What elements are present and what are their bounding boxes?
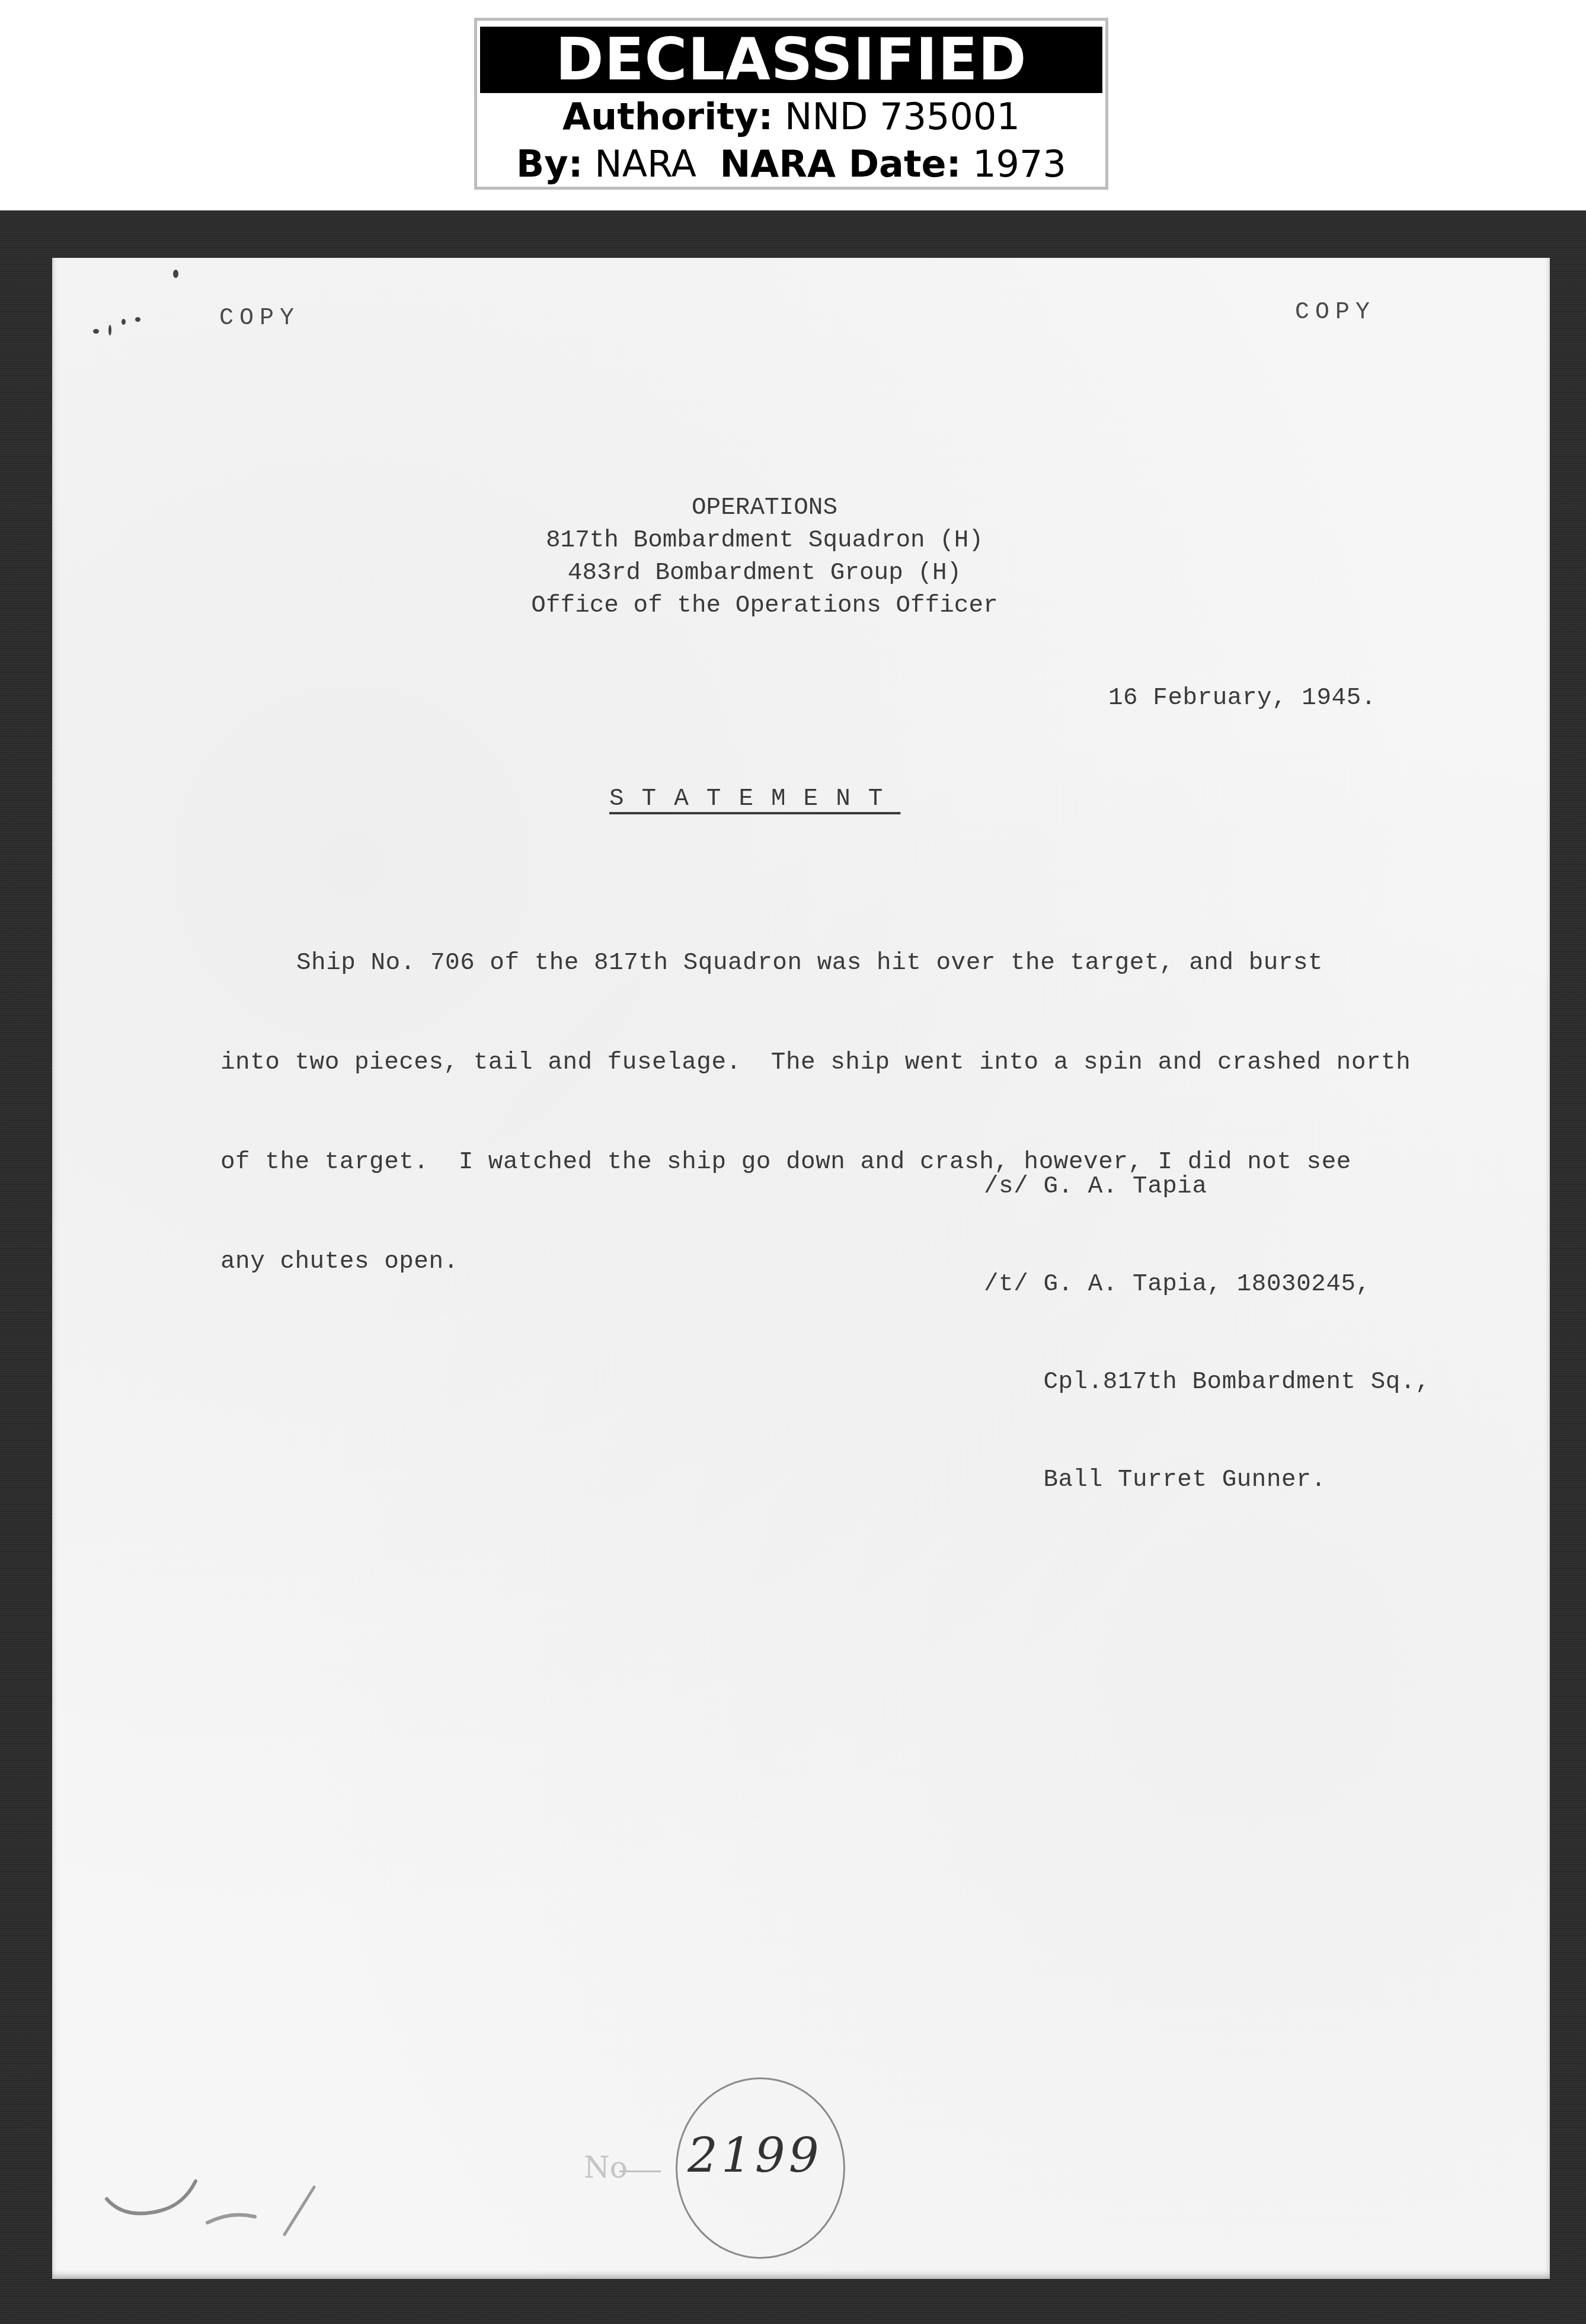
body-line: into two pieces, tail and fuselage. The … (220, 1046, 1411, 1079)
letterhead-line: Office of the Operations Officer (468, 590, 1061, 622)
ink-mark (121, 319, 126, 325)
letterhead-line: 483rd Bombardment Group (H) (468, 557, 1061, 590)
signature-line: /t/ G. A. Tapia, 18030245, (984, 1268, 1430, 1301)
nara-date-value: 1973 (973, 142, 1066, 186)
signature-block: /s/ G. A. Tapia /t/ G. A. Tapia, 1803024… (984, 1105, 1430, 1529)
signature-line: /s/ G. A. Tapia (984, 1171, 1430, 1203)
signature-line: Cpl.817th Bombardment Sq., (984, 1366, 1430, 1399)
by-label: By: (516, 142, 583, 186)
stamp-prefix: No (584, 2150, 628, 2185)
handwritten-file-number: 2199 (688, 2128, 823, 2183)
letterhead-line: 817th Bombardment Squadron (H) (468, 525, 1061, 557)
ink-mark (173, 270, 178, 278)
letterhead: OPERATIONS 817th Bombardment Squadron (H… (468, 492, 1061, 622)
letterhead-line: OPERATIONS (468, 492, 1061, 525)
body-line: Ship No. 706 of the 817th Squadron was h… (220, 947, 1411, 980)
authority-line: Authority: NND 735001 (477, 95, 1105, 138)
ink-mark (135, 317, 140, 322)
ink-mark (108, 325, 111, 335)
copy-label-right: COPY (1295, 299, 1376, 326)
authority-value: NND 735001 (785, 95, 1020, 138)
declassified-stamp: DECLASSIFIED Authority: NND 735001 By: N… (474, 18, 1108, 190)
signature-line: Ball Turret Gunner. (984, 1464, 1430, 1497)
handwritten-scribble (89, 2163, 338, 2252)
copy-label-left: COPY (219, 305, 300, 332)
nara-date-label: NARA Date: (720, 142, 961, 186)
declassified-title: DECLASSIFIED (480, 27, 1102, 93)
authority-label: Authority: (562, 95, 773, 138)
document-date: 16 February, 1945. (1108, 685, 1376, 712)
by-value: NARA (594, 142, 696, 186)
stamp-dash (619, 2170, 661, 2172)
ink-mark (93, 329, 99, 334)
by-date-line: By: NARA NARA Date: 1973 (477, 142, 1105, 186)
document-title: STATEMENT (609, 785, 900, 813)
